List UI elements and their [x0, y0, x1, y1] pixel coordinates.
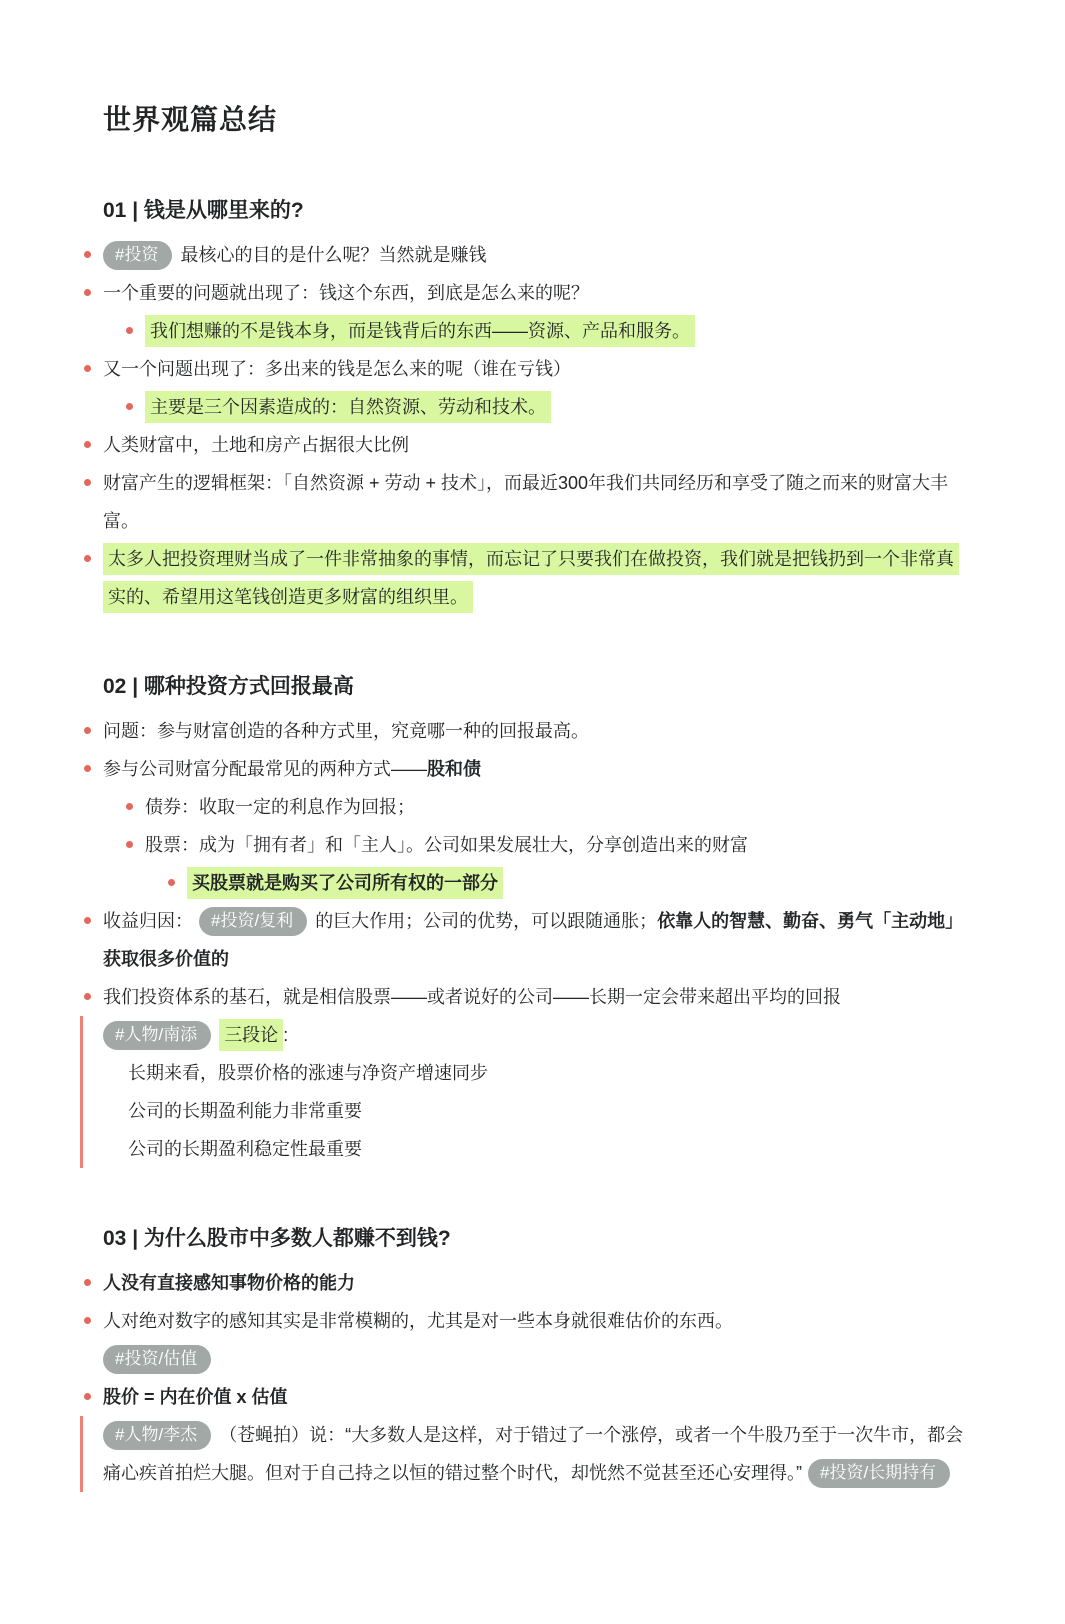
- bullet-item: 问题：参与财富创造的各种方式里，究竟哪一种的回报最高。: [80, 712, 965, 750]
- item-content: 收益归因：#投资/复利的巨大作用；公司的优势，可以跟随通胀；依靠人的智慧、勤奋、…: [103, 902, 965, 978]
- bullet-dot: [84, 727, 91, 734]
- section: 03 | 为什么股市中多数人都赚不到钱?人没有直接感知事物价格的能力人对绝对数字…: [0, 1224, 1065, 1492]
- item-text: 问题：参与财富创造的各种方式里，究竟哪一种的回报最高。: [103, 721, 589, 741]
- tag-pill[interactable]: #人物/李杰: [103, 1421, 211, 1450]
- item-text: 参与公司财富分配最常见的两种方式——: [103, 759, 427, 779]
- bullet-dot: [84, 1393, 91, 1400]
- item-content: 人对绝对数字的感知其实是非常模糊的，尤其是对一些本身就很难估价的东西。: [103, 1302, 965, 1340]
- item-content: 太多人把投资理财当成了一件非常抽象的事情，而忘记了只要我们在做投资，我们就是把钱…: [103, 540, 965, 616]
- bullet-dot: [168, 879, 175, 886]
- quote-block: #人物/南添三段论:长期来看，股票价格的涨速与净资产增速同步公司的长期盈利能力非…: [80, 1016, 965, 1168]
- tag-pill[interactable]: #投资: [103, 241, 172, 270]
- item-content: 又一个问题出现了：多出来的钱是怎么来的呢（谁在亏钱）: [103, 350, 965, 388]
- section-heading: 02 | 哪种投资方式回报最高: [103, 672, 965, 702]
- item-text: 最核心的目的是什么呢？当然就是赚钱: [180, 245, 486, 265]
- bullet-dot: [84, 441, 91, 448]
- highlight-text: 三段论: [219, 1019, 283, 1051]
- quote-line: #人物/南添三段论:: [103, 1016, 965, 1054]
- highlight-text: 我们想赚的不是钱本身，而是钱背后的东西——资源、产品和服务。: [145, 315, 695, 347]
- item-content: 我们投资体系的基石，就是相信股票——或者说好的公司——长期一定会带来超出平均的回…: [103, 978, 965, 1016]
- bullet-item: 股票：成为「拥有者」和「主人」。公司如果发展壮大，分享创造出来的财富: [122, 826, 965, 864]
- tag-pill[interactable]: #投资/长期持有: [808, 1459, 950, 1488]
- section-heading: 03 | 为什么股市中多数人都赚不到钱?: [103, 1224, 965, 1254]
- item-text: 股票：成为「拥有者」和「主人」。公司如果发展壮大，分享创造出来的财富: [145, 835, 748, 855]
- item-content: 参与公司财富分配最常见的两种方式——股和债: [103, 750, 965, 788]
- item-content: 人没有直接感知事物价格的能力: [103, 1264, 965, 1302]
- item-text-bold: 股价 = 内在价值 x 估值: [103, 1387, 288, 1407]
- item-content: 一个重要的问题就出现了：钱这个东西，到底是怎么来的呢？: [103, 274, 965, 312]
- item-content: 股票：成为「拥有者」和「主人」。公司如果发展壮大，分享创造出来的财富: [145, 826, 965, 864]
- quote-line: 公司的长期盈利能力非常重要: [103, 1092, 965, 1130]
- section-heading: 01 | 钱是从哪里来的?: [103, 196, 965, 226]
- bullet-dot: [126, 803, 133, 810]
- bullet-dot: [126, 327, 133, 334]
- item-text: 又一个问题出现了：多出来的钱是怎么来的呢（谁在亏钱）: [103, 359, 571, 379]
- bullet-dot: [84, 917, 91, 924]
- item-text-bold: 人没有直接感知事物价格的能力: [103, 1273, 355, 1293]
- item-text: 长期来看，股票价格的涨速与净资产增速同步: [128, 1063, 488, 1083]
- bullet-dot: [84, 479, 91, 486]
- bullet-item: 人没有直接感知事物价格的能力: [80, 1264, 965, 1302]
- item-text: 公司的长期盈利稳定性最重要: [128, 1139, 362, 1159]
- item-text: 人类财富中，土地和房产占据很大比例: [103, 435, 409, 455]
- item-content: 问题：参与财富创造的各种方式里，究竟哪一种的回报最高。: [103, 712, 965, 750]
- item-text: 财富产生的逻辑框架：「自然资源 + 劳动 + 技术」，而最近300年我们共同经历…: [103, 473, 948, 531]
- item-content: 股价 = 内在价值 x 估值: [103, 1378, 965, 1416]
- highlight-text: 太多人把投资理财当成了一件非常抽象的事情，而忘记了只要我们在做投资，我们就是把钱…: [103, 543, 959, 613]
- bullet-item: 我们想赚的不是钱本身，而是钱背后的东西——资源、产品和服务。: [122, 312, 965, 350]
- bullet-dot: [126, 403, 133, 410]
- bullet-dot: [84, 365, 91, 372]
- bullet-dot: [84, 1279, 91, 1286]
- item-content: 财富产生的逻辑框架：「自然资源 + 劳动 + 技术」，而最近300年我们共同经历…: [103, 464, 965, 540]
- item-content: 人类财富中，土地和房产占据很大比例: [103, 426, 965, 464]
- item-content: #投资最核心的目的是什么呢？当然就是赚钱: [103, 236, 965, 274]
- quote-block: #人物/李杰（苍蝇拍）说：“大多数人是这样，对于错过了一个涨停，或者一个牛股乃至…: [80, 1416, 965, 1492]
- tag-pill[interactable]: #投资/估值: [103, 1345, 211, 1374]
- bullet-item: 我们投资体系的基石，就是相信股票——或者说好的公司——长期一定会带来超出平均的回…: [80, 978, 965, 1016]
- item-content: 我们想赚的不是钱本身，而是钱背后的东西——资源、产品和服务。: [145, 312, 965, 350]
- bullet-item: 买股票就是购买了公司所有权的一部分: [164, 864, 965, 902]
- tag-pill[interactable]: #投资/复利: [199, 907, 307, 936]
- section: 02 | 哪种投资方式回报最高问题：参与财富创造的各种方式里，究竟哪一种的回报最…: [0, 672, 1065, 1168]
- highlight-text: 买股票就是购买了公司所有权的一部分: [187, 867, 503, 899]
- bullet-item: 太多人把投资理财当成了一件非常抽象的事情，而忘记了只要我们在做投资，我们就是把钱…: [80, 540, 965, 616]
- item-content: #投资/估值: [103, 1340, 965, 1378]
- bullet-dot: [84, 251, 91, 258]
- bullet-item: 财富产生的逻辑框架：「自然资源 + 劳动 + 技术」，而最近300年我们共同经历…: [80, 464, 965, 540]
- bullet-dot: [84, 1317, 91, 1324]
- bullet-item: 债券：收取一定的利息作为回报；: [122, 788, 965, 826]
- bullet-item: 参与公司财富分配最常见的两种方式——股和债: [80, 750, 965, 788]
- sections-container: 01 | 钱是从哪里来的?#投资最核心的目的是什么呢？当然就是赚钱一个重要的问题…: [0, 196, 1065, 1492]
- tag-pill[interactable]: #人物/南添: [103, 1021, 211, 1050]
- bullet-item: 主要是三个因素造成的：自然资源、劳动和技术。: [122, 388, 965, 426]
- highlight-text: 主要是三个因素造成的：自然资源、劳动和技术。: [145, 391, 551, 423]
- item-content: 主要是三个因素造成的：自然资源、劳动和技术。: [145, 388, 965, 426]
- bullet-item: 股价 = 内在价值 x 估值: [80, 1378, 965, 1416]
- item-content: 买股票就是购买了公司所有权的一部分: [187, 864, 965, 902]
- bullet-item: 又一个问题出现了：多出来的钱是怎么来的呢（谁在亏钱）: [80, 350, 965, 388]
- item-text: 的巨大作用；公司的优势，可以跟随通胀；: [315, 911, 657, 931]
- bullet-dot: [84, 289, 91, 296]
- document: 世界观篇总结 01 | 钱是从哪里来的?#投资最核心的目的是什么呢？当然就是赚钱…: [0, 100, 1065, 1612]
- quote-line: #人物/李杰（苍蝇拍）说：“大多数人是这样，对于错过了一个涨停，或者一个牛股乃至…: [103, 1416, 965, 1492]
- bullet-dot: [126, 841, 133, 848]
- item-text: :: [283, 1025, 288, 1045]
- item-text-bold: 股和债: [427, 759, 481, 779]
- item-text: 人对绝对数字的感知其实是非常模糊的，尤其是对一些本身就很难估价的东西。: [103, 1311, 733, 1331]
- item-text: 一个重要的问题就出现了：钱这个东西，到底是怎么来的呢？: [103, 283, 589, 303]
- bullet-item: 人类财富中，土地和房产占据很大比例: [80, 426, 965, 464]
- quote-line: 长期来看，股票价格的涨速与净资产增速同步: [103, 1054, 965, 1092]
- bullet-item: #投资最核心的目的是什么呢？当然就是赚钱: [80, 236, 965, 274]
- section: 01 | 钱是从哪里来的?#投资最核心的目的是什么呢？当然就是赚钱一个重要的问题…: [0, 196, 1065, 616]
- bullet-dot: [84, 555, 91, 562]
- bullet-dot: [84, 993, 91, 1000]
- item-text: 债券：收取一定的利息作为回报；: [145, 797, 415, 817]
- tag-line: #投资/估值: [80, 1340, 965, 1378]
- item-text: 公司的长期盈利能力非常重要: [128, 1101, 362, 1121]
- page-title: 世界观篇总结: [103, 100, 965, 140]
- item-content: 债券：收取一定的利息作为回报；: [145, 788, 965, 826]
- quote-line: 公司的长期盈利稳定性最重要: [103, 1130, 965, 1168]
- bullet-dot: [84, 765, 91, 772]
- bullet-item: 收益归因：#投资/复利的巨大作用；公司的优势，可以跟随通胀；依靠人的智慧、勤奋、…: [80, 902, 965, 978]
- bullet-item: 一个重要的问题就出现了：钱这个东西，到底是怎么来的呢？: [80, 274, 965, 312]
- item-text: 我们投资体系的基石，就是相信股票——或者说好的公司——长期一定会带来超出平均的回…: [103, 987, 841, 1007]
- bullet-item: 人对绝对数字的感知其实是非常模糊的，尤其是对一些本身就很难估价的东西。: [80, 1302, 965, 1340]
- item-text: 收益归因：: [103, 911, 193, 931]
